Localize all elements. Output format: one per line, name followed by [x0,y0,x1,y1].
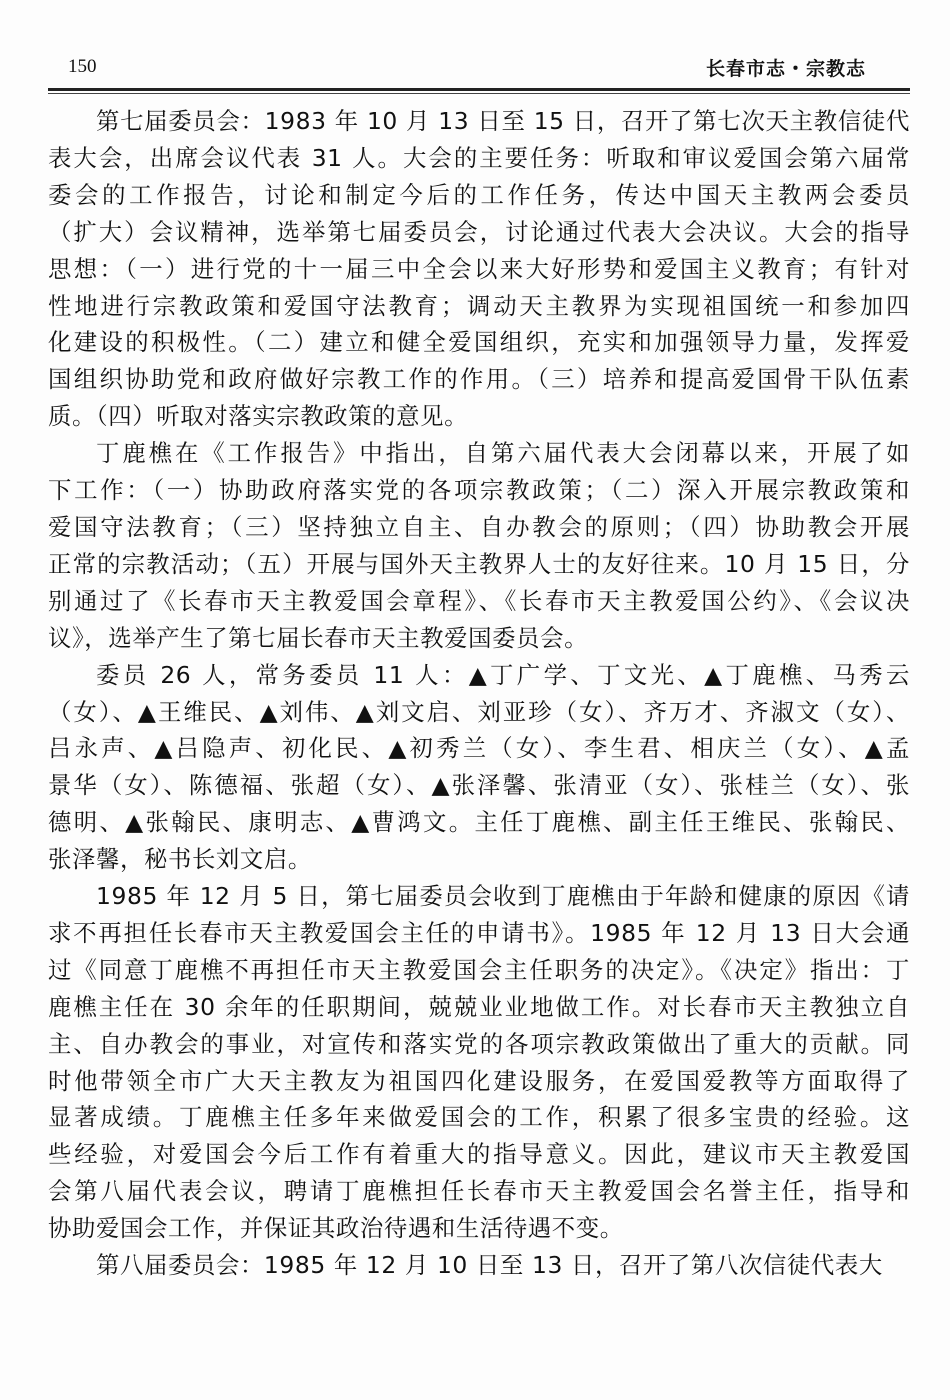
paragraph: 委员 26 人，常务委员 11 人：▲丁广学、丁文光、▲丁鹿樵、马秀云（女）、▲… [48,657,910,878]
text-line: 爱国守法教育；（三）坚持独立自主、自办教会的原则；（四）协助教会开展 [48,509,910,546]
text-line: 德明、▲张翰民、康明志、▲曹鸿文。主任丁鹿樵、副主任王维民、张翰民、 [48,804,910,841]
text-line: （扩大）会议精神，选举第七届委员会，讨论通过代表大会决议。大会的指导 [48,214,910,251]
text-line: 过《同意丁鹿樵不再担任市天主教爱国会主任职务的决定》。《决定》指出：丁 [48,952,910,989]
text-line: 景华（女）、陈德福、张超（女）、▲张泽馨、张清亚（女）、张桂兰（女）、张 [48,767,910,804]
paragraph: 1985 年 12 月 5 日，第七届委员会收到丁鹿樵由于年龄和健康的原因《请求… [48,878,910,1247]
text-line: 求不再担任长春市天主教爱国会主任的申请书》。1985 年 12 月 13 日大会… [48,915,910,952]
text-line: 协助爱国会工作，并保证其政治待遇和生活待遇不变。 [48,1210,910,1247]
text-line: 表大会，出席会议代表 31 人。大会的主要任务：听取和审议爱国会第六届常 [48,140,910,177]
text-line: 会第八届代表会议，聘请丁鹿樵担任长春市天主教爱国会名誉主任，指导和 [48,1173,910,1210]
text-line: 些经验，对爱国会今后工作有着重大的指导意义。因此，建议市天主教爱国 [48,1136,910,1173]
text-line: （女）、▲王维民、▲刘伟、▲刘文启、刘亚珍（女）、齐万才、齐淑文（女）、 [48,694,910,731]
text-line: 国组织协助党和政府做好宗教工作的作用。（三）培养和提高爱国骨干队伍素 [48,361,910,398]
text-line: 吕永声、▲吕隐声、初化民、▲初秀兰（女）、李生君、相庆兰（女）、▲孟 [48,730,910,767]
text-line: 鹿樵主任在 30 余年的任职期间，兢兢业业地做工作。对长春市天主教独立自 [48,989,910,1026]
text-line: 别通过了《长春市天主教爱国会章程》、《长春市天主教爱国公约》、《会议决 [48,583,910,620]
header-rule-thin [48,93,910,94]
text-line: 第七届委员会：1983 年 10 月 13 日至 15 日，召开了第七次天主教信… [48,103,910,140]
text-line: 议》，选举产生了第七届长春市天主教爱国委员会。 [48,620,910,657]
body-text: 第七届委员会：1983 年 10 月 13 日至 15 日，召开了第七次天主教信… [48,103,910,1284]
page-number: 150 [68,56,97,78]
text-line: 1985 年 12 月 5 日，第七届委员会收到丁鹿樵由于年龄和健康的原因《请 [48,878,910,915]
paragraph: 第八届委员会：1985 年 12 月 10 日至 13 日，召开了第八次信徒代表… [48,1247,910,1284]
text-line: 思想：（一）进行党的十一届三中全会以来大好形势和爱国主义教育；有针对 [48,251,910,288]
text-line: 正常的宗教活动；（五）开展与国外天主教界人士的友好往来。10 月 15 日，分 [48,546,910,583]
text-line: 委会的工作报告，讨论和制定今后的工作任务，传达中国天主教两会委员 [48,177,910,214]
text-line: 主、自办教会的事业，对宣传和落实党的各项宗教政策做出了重大的贡献。同 [48,1026,910,1063]
text-line: 显著成绩。丁鹿樵主任多年来做爱国会的工作，积累了很多宝贵的经验。这 [48,1099,910,1136]
text-line: 丁鹿樵在《工作报告》中指出，自第六届代表大会闭幕以来，开展了如 [48,435,910,472]
header-rule-thick [48,88,910,91]
text-line: 张泽馨，秘书长刘文启。 [48,841,910,878]
running-title: 长春市志・宗教志 [706,54,866,81]
paragraph: 第七届委员会：1983 年 10 月 13 日至 15 日，召开了第七次天主教信… [48,103,910,435]
text-line: 时他带领全市广大天主教友为祖国四化建设服务，在爱国爱教等方面取得了 [48,1063,910,1100]
paragraph: 丁鹿樵在《工作报告》中指出，自第六届代表大会闭幕以来，开展了如下工作：（一）协助… [48,435,910,656]
text-line: 第八届委员会：1985 年 12 月 10 日至 13 日，召开了第八次信徒代表… [48,1247,910,1284]
page-header: 150 长春市志・宗教志 [48,52,910,82]
text-line: 质。（四）听取对落实宗教政策的意见。 [48,398,910,435]
text-line: 化建设的积极性。（二）建立和健全爱国组织，充实和加强领导力量，发挥爱 [48,324,910,361]
text-line: 委员 26 人，常务委员 11 人：▲丁广学、丁文光、▲丁鹿樵、马秀云 [48,657,910,694]
text-line: 性地进行宗教政策和爱国守法教育；调动天主教界为实现祖国统一和参加四 [48,288,910,325]
text-line: 下工作：（一）协助政府落实党的各项宗教政策；（二）深入开展宗教政策和 [48,472,910,509]
